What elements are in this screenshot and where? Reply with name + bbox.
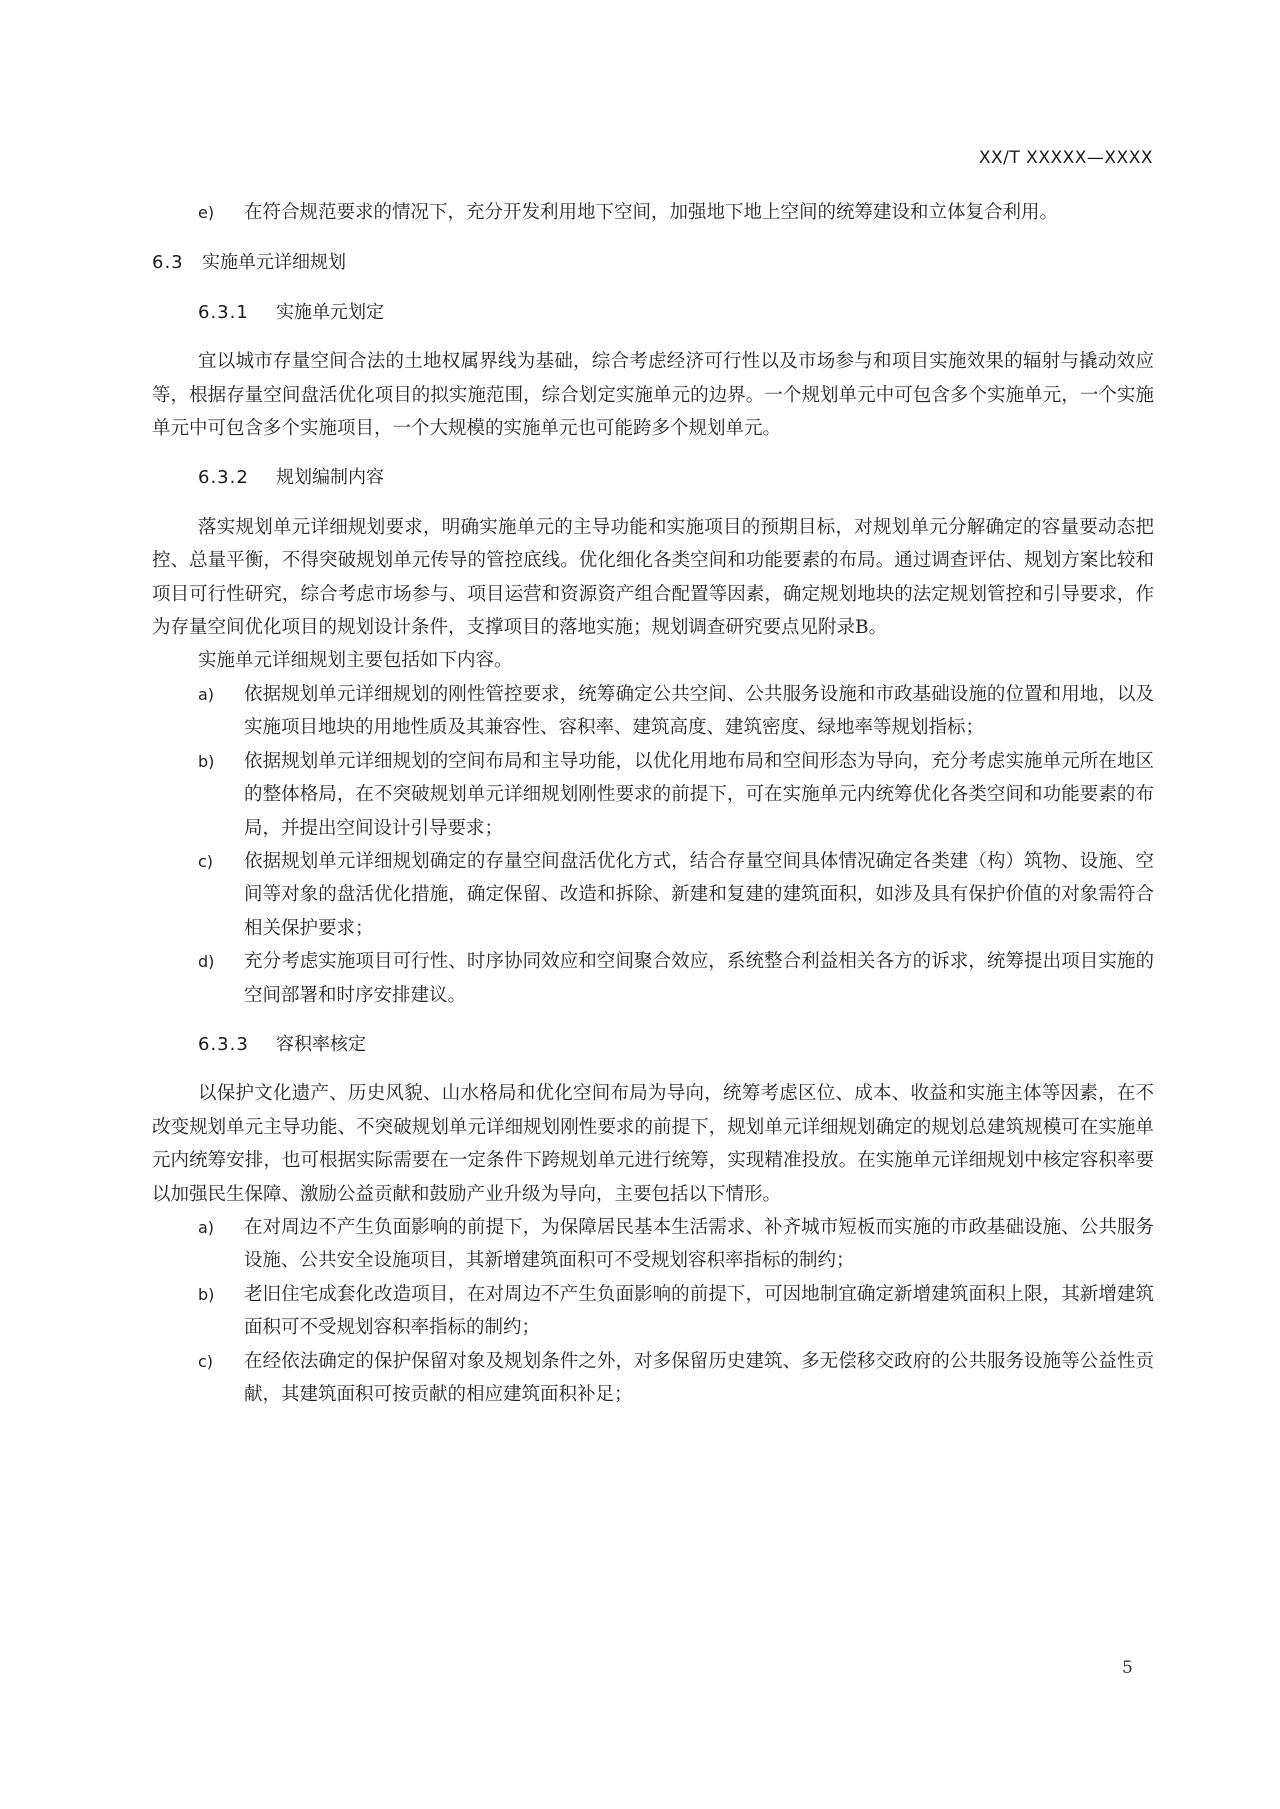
document-code-header: XX/T XXXXX—XXXX <box>979 148 1153 168</box>
list-marker: e) <box>198 196 214 229</box>
subsection-title: 规划编制内容 <box>276 467 384 488</box>
list-item-a: a) 在对周边不产生负面影响的前提下，为保障居民基本生活需求、补齐城市短板而实施… <box>152 1211 1154 1278</box>
paragraph-6-3-2-lead: 实施单元详细规划主要包括如下内容。 <box>152 644 1154 677</box>
list-item-a: a) 依据规划单元详细规划的刚性管控要求，统筹确定公共空间、公共服务设施和市政基… <box>152 678 1154 745</box>
document-body: e) 在符合规范要求的情况下，充分开发利用地下空间，加强地下地上空间的统筹建设和… <box>152 196 1154 1411</box>
paragraph-6-3-1: 宜以城市存量空间合法的土地权属界线为基础，综合考虑经济可行性以及市场参与和项目实… <box>152 345 1154 445</box>
list-marker: a) <box>198 678 214 711</box>
list-item-text: 依据规划单元详细规划确定的存量空间盘活优化方式，结合存量空间具体情况确定各类建（… <box>244 851 1154 939</box>
subsection-number: 6.3.1 <box>198 296 276 329</box>
list-marker: a) <box>198 1211 214 1244</box>
paragraph-6-3-2-intro: 落实规划单元详细规划要求，明确实施单元的主导功能和实施项目的预期目标，对规划单元… <box>152 511 1154 645</box>
list-item-e: e) 在符合规范要求的情况下，充分开发利用地下空间，加强地下地上空间的统筹建设和… <box>152 196 1154 229</box>
paragraph-6-3-3: 以保护文化遗产、历史风貌、山水格局和优化空间布局为导向，统筹考虑区位、成本、收益… <box>152 1077 1154 1211</box>
list-item-text: 依据规划单元详细规划的空间布局和主导功能，以优化用地布局和空间形态为导向，充分考… <box>244 751 1154 839</box>
list-item-text: 在经依法确定的保护保留对象及规划条件之外，对多保留历史建筑、多无偿移交政府的公共… <box>244 1351 1154 1405</box>
list-marker: b) <box>198 745 214 778</box>
subsection-number: 6.3.3 <box>198 1028 276 1061</box>
list-item-text: 在对周边不产生负面影响的前提下，为保障居民基本生活需求、补齐城市短板而实施的市政… <box>244 1217 1154 1271</box>
section-number: 6.3 <box>152 246 202 279</box>
list-item-d: d) 充分考虑实施项目可行性、时序协同效应和空间聚合效应，系统整合利益相关各方的… <box>152 945 1154 1012</box>
section-heading-6-3: 6.3实施单元详细规划 <box>152 246 1154 279</box>
list-marker: b) <box>198 1278 214 1311</box>
subsection-heading-6-3-2: 6.3.2规划编制内容 <box>152 461 1154 494</box>
list-item-text: 在符合规范要求的情况下，充分开发利用地下空间，加强地下地上空间的统筹建设和立体复… <box>244 202 1058 223</box>
list-marker: c) <box>198 1345 213 1378</box>
list-item-b: b) 老旧住宅成套化改造项目，在对周边不产生负面影响的前提下，可因地制宜确定新增… <box>152 1278 1154 1345</box>
subsection-heading-6-3-3: 6.3.3容积率核定 <box>152 1028 1154 1061</box>
section-title: 实施单元详细规划 <box>202 252 346 273</box>
subsection-number: 6.3.2 <box>198 461 276 494</box>
list-item-b: b) 依据规划单元详细规划的空间布局和主导功能，以优化用地布局和空间形态为导向，… <box>152 745 1154 845</box>
list-marker: c) <box>198 845 213 878</box>
page-number: 5 <box>1122 1658 1133 1678</box>
list-item-text: 依据规划单元详细规划的刚性管控要求，统筹确定公共空间、公共服务设施和市政基础设施… <box>244 684 1154 738</box>
subsection-title: 容积率核定 <box>276 1034 366 1055</box>
list-marker: d) <box>198 945 214 978</box>
list-item-text: 老旧住宅成套化改造项目，在对周边不产生负面影响的前提下，可因地制宜确定新增建筑面… <box>244 1284 1154 1338</box>
list-item-c: c) 依据规划单元详细规划确定的存量空间盘活优化方式，结合存量空间具体情况确定各… <box>152 845 1154 945</box>
subsection-heading-6-3-1: 6.3.1实施单元划定 <box>152 296 1154 329</box>
subsection-title: 实施单元划定 <box>276 302 384 323</box>
list-item-c: c) 在经依法确定的保护保留对象及规划条件之外，对多保留历史建筑、多无偿移交政府… <box>152 1345 1154 1412</box>
list-item-text: 充分考虑实施项目可行性、时序协同效应和空间聚合效应，系统整合利益相关各方的诉求，… <box>244 951 1154 1005</box>
